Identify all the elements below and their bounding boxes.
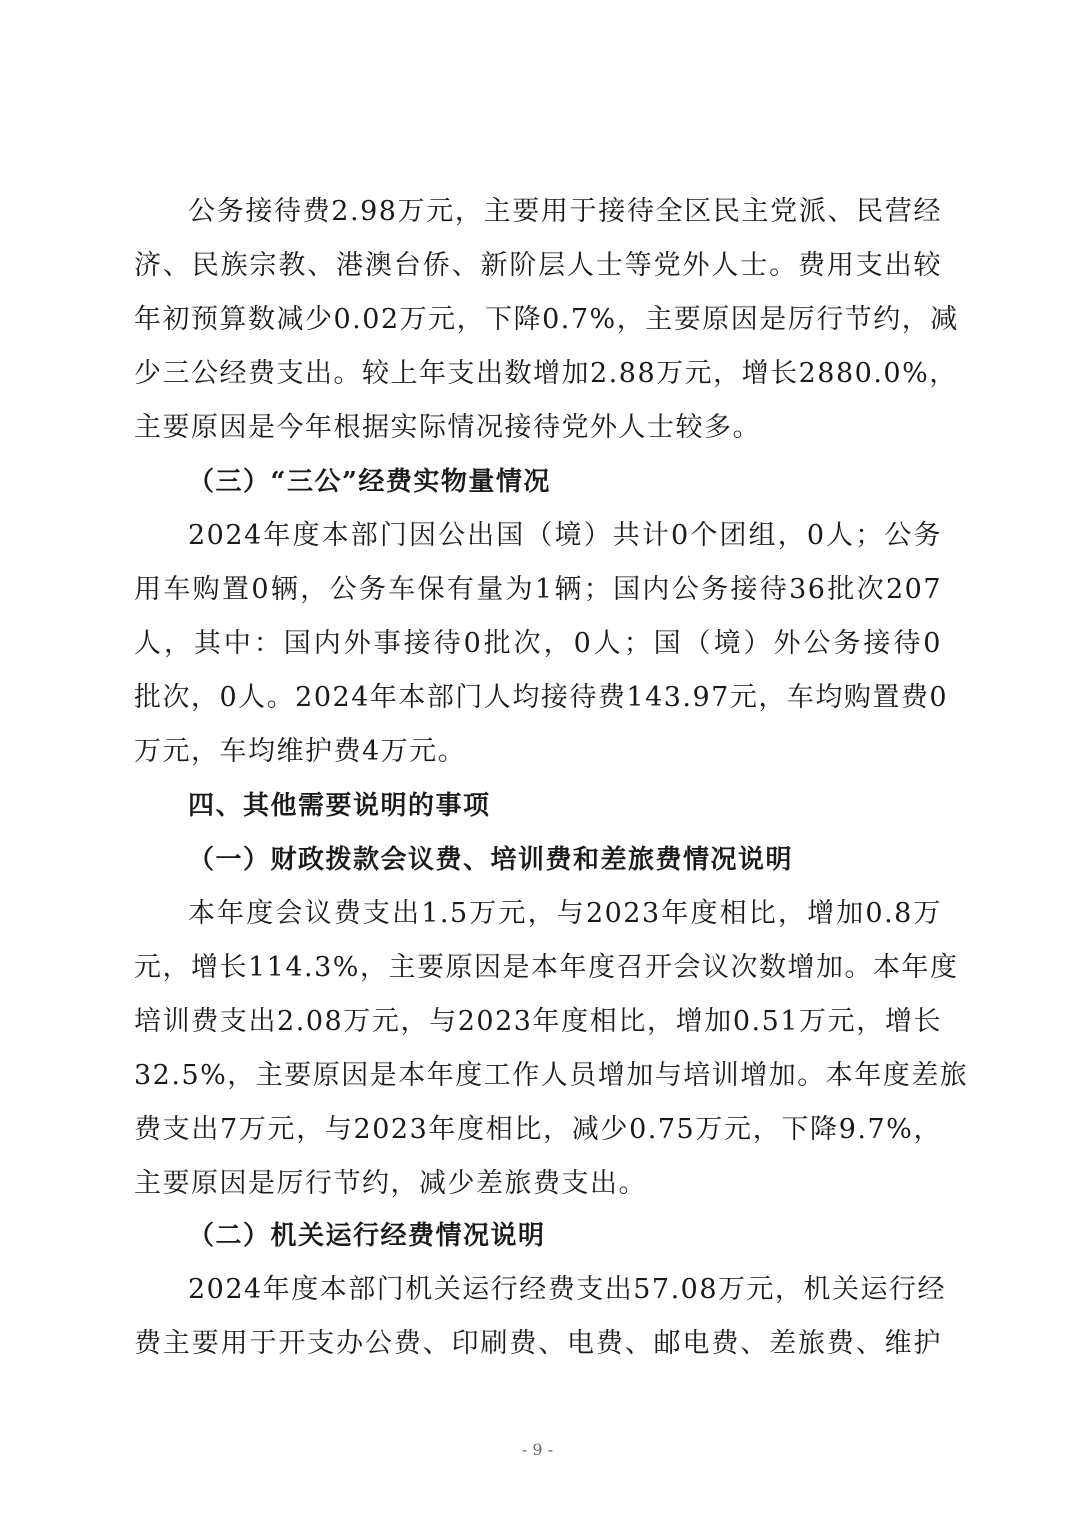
- paragraph-line: 济、民族宗教、港澳台侨、新阶层人士等党外人士。费用支出较: [134, 250, 942, 282]
- paragraph-line: 费主要用于开支办公费、印刷费、电费、邮电费、差旅费、维护: [134, 1328, 942, 1360]
- paragraph-line: 2024年度本部门因公出国（境）共计0个团组，0人；公务: [188, 520, 942, 552]
- paragraph-line: 主要原因是厉行节约，减少差旅费支出。: [134, 1168, 942, 1200]
- paragraph-line: 批次，0人。2024年本部门人均接待费143.97元，车均购置费0: [134, 682, 942, 714]
- section-heading-meeting-training-travel: （一）财政拨款会议费、培训费和差旅费情况说明: [188, 844, 996, 876]
- paragraph-line: 32.5%，主要原因是本年度工作人员增加与培训增加。本年度差旅: [134, 1060, 942, 1092]
- paragraph-line: 2024年度本部门机关运行经费支出57.08万元，机关运行经: [188, 1274, 942, 1306]
- paragraph-line: 公务接待费2.98万元，主要用于接待全区民主党派、民营经: [188, 196, 942, 228]
- paragraph-line: 年初预算数减少0.02万元，下降0.7%，主要原因是厉行节约，减: [134, 304, 942, 336]
- paragraph-line: 元，增长114.3%，主要原因是本年度召开会议次数增加。本年度: [134, 952, 942, 984]
- section-heading-other-matters: 四、其他需要说明的事项: [188, 790, 996, 822]
- paragraph-line: 人，其中：国内外事接待0批次，0人；国（境）外公务接待0: [134, 628, 942, 660]
- paragraph-line: 用车购置0辆，公务车保有量为1辆；国内公务接待36批次207: [134, 574, 942, 606]
- section-heading-three-public: （三）“三公”经费实物量情况: [188, 466, 996, 498]
- section-heading-operating-expenses: （二）机关运行经费情况说明: [188, 1220, 996, 1252]
- paragraph-line: 本年度会议费支出1.5万元，与2023年度相比，增加0.8万: [188, 898, 942, 930]
- paragraph-line: 主要原因是今年根据实际情况接待党外人士较多。: [134, 412, 942, 444]
- page-number: - 9 -: [0, 1440, 1075, 1459]
- paragraph-line: 费支出7万元，与2023年度相比，减少0.75万元，下降9.7%，: [134, 1114, 942, 1146]
- paragraph-line: 培训费支出2.08万元，与2023年度相比，增加0.51万元，增长: [134, 1006, 942, 1038]
- paragraph-line: 万元，车均维护费4万元。: [134, 736, 942, 768]
- document-page: 公务接待费2.98万元，主要用于接待全区民主党派、民营经 济、民族宗教、港澳台侨…: [0, 0, 1075, 1520]
- paragraph-line: 少三公经费支出。较上年支出数增加2.88万元，增长2880.0%，: [134, 358, 942, 390]
